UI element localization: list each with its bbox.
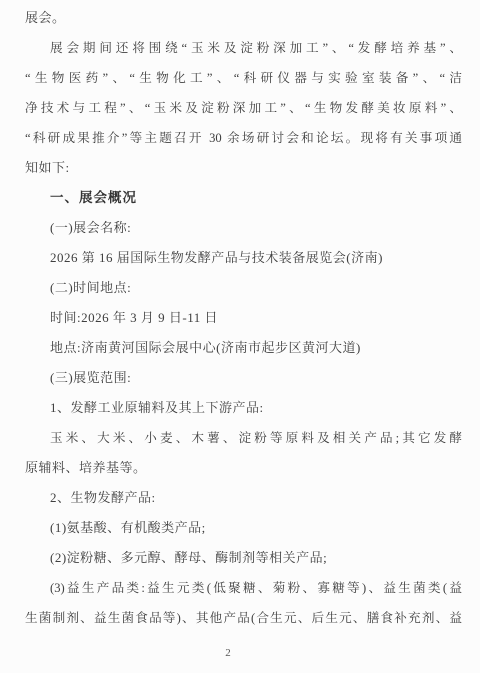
text-line: 时间:2026 年 3 月 9 日-11 日 xyxy=(25,303,462,333)
text-line: 1、发酵工业原辅料及其上下游产品: xyxy=(25,393,462,423)
text-line: 净技术与工程”、“玉米及淀粉深加工”、“生物发酵美妆原料”、 xyxy=(25,93,462,123)
document-page: 展会。展会期间还将围绕“玉米及淀粉深加工”、“发酵培养基”、“生物医药”、“生物… xyxy=(0,0,480,673)
section-heading: 一、展会概况 xyxy=(25,183,462,213)
text-line: 2、生物发酵产品: xyxy=(25,483,462,513)
text-line: 展会。 xyxy=(25,3,462,33)
text-line: “科研成果推介”等主题召开 30 余场研讨会和论坛。现将有关事项通 xyxy=(25,123,462,153)
text-line: 知如下: xyxy=(25,153,462,183)
document-lines: 展会。展会期间还将围绕“玉米及淀粉深加工”、“发酵培养基”、“生物医药”、“生物… xyxy=(25,3,462,633)
text-line: 原辅料、培养基等。 xyxy=(25,453,462,483)
text-line: 生菌制剂、益生菌食品等)、其他产品(合生元、后生元、膳食补充剂、益 xyxy=(25,603,462,633)
text-line: (一)展会名称: xyxy=(25,213,462,243)
page-number: 2 xyxy=(0,643,456,663)
text-line: 展会期间还将围绕“玉米及淀粉深加工”、“发酵培养基”、 xyxy=(25,33,462,63)
text-line: (1)氨基酸、有机酸类产品; xyxy=(25,513,462,543)
text-line: (三)展览范围: xyxy=(25,363,462,393)
text-line: (二)时间地点: xyxy=(25,273,462,303)
text-line: 玉米、大米、小麦、木薯、淀粉等原料及相关产品;其它发酵 xyxy=(25,423,462,453)
text-line: “生物医药”、“生物化工”、“科研仪器与实验室装备”、“洁 xyxy=(25,63,462,93)
text-line: (3)益生产品类:益生元类(低聚糖、菊粉、寡糖等)、益生菌类(益 xyxy=(25,573,462,603)
text-line: 2026 第 16 届国际生物发酵产品与技术装备展览会(济南) xyxy=(25,243,462,273)
text-line: 地点:济南黄河国际会展中心(济南市起步区黄河大道) xyxy=(25,333,462,363)
text-line: (2)淀粉糖、多元醇、酵母、酶制剂等相关产品; xyxy=(25,543,462,573)
